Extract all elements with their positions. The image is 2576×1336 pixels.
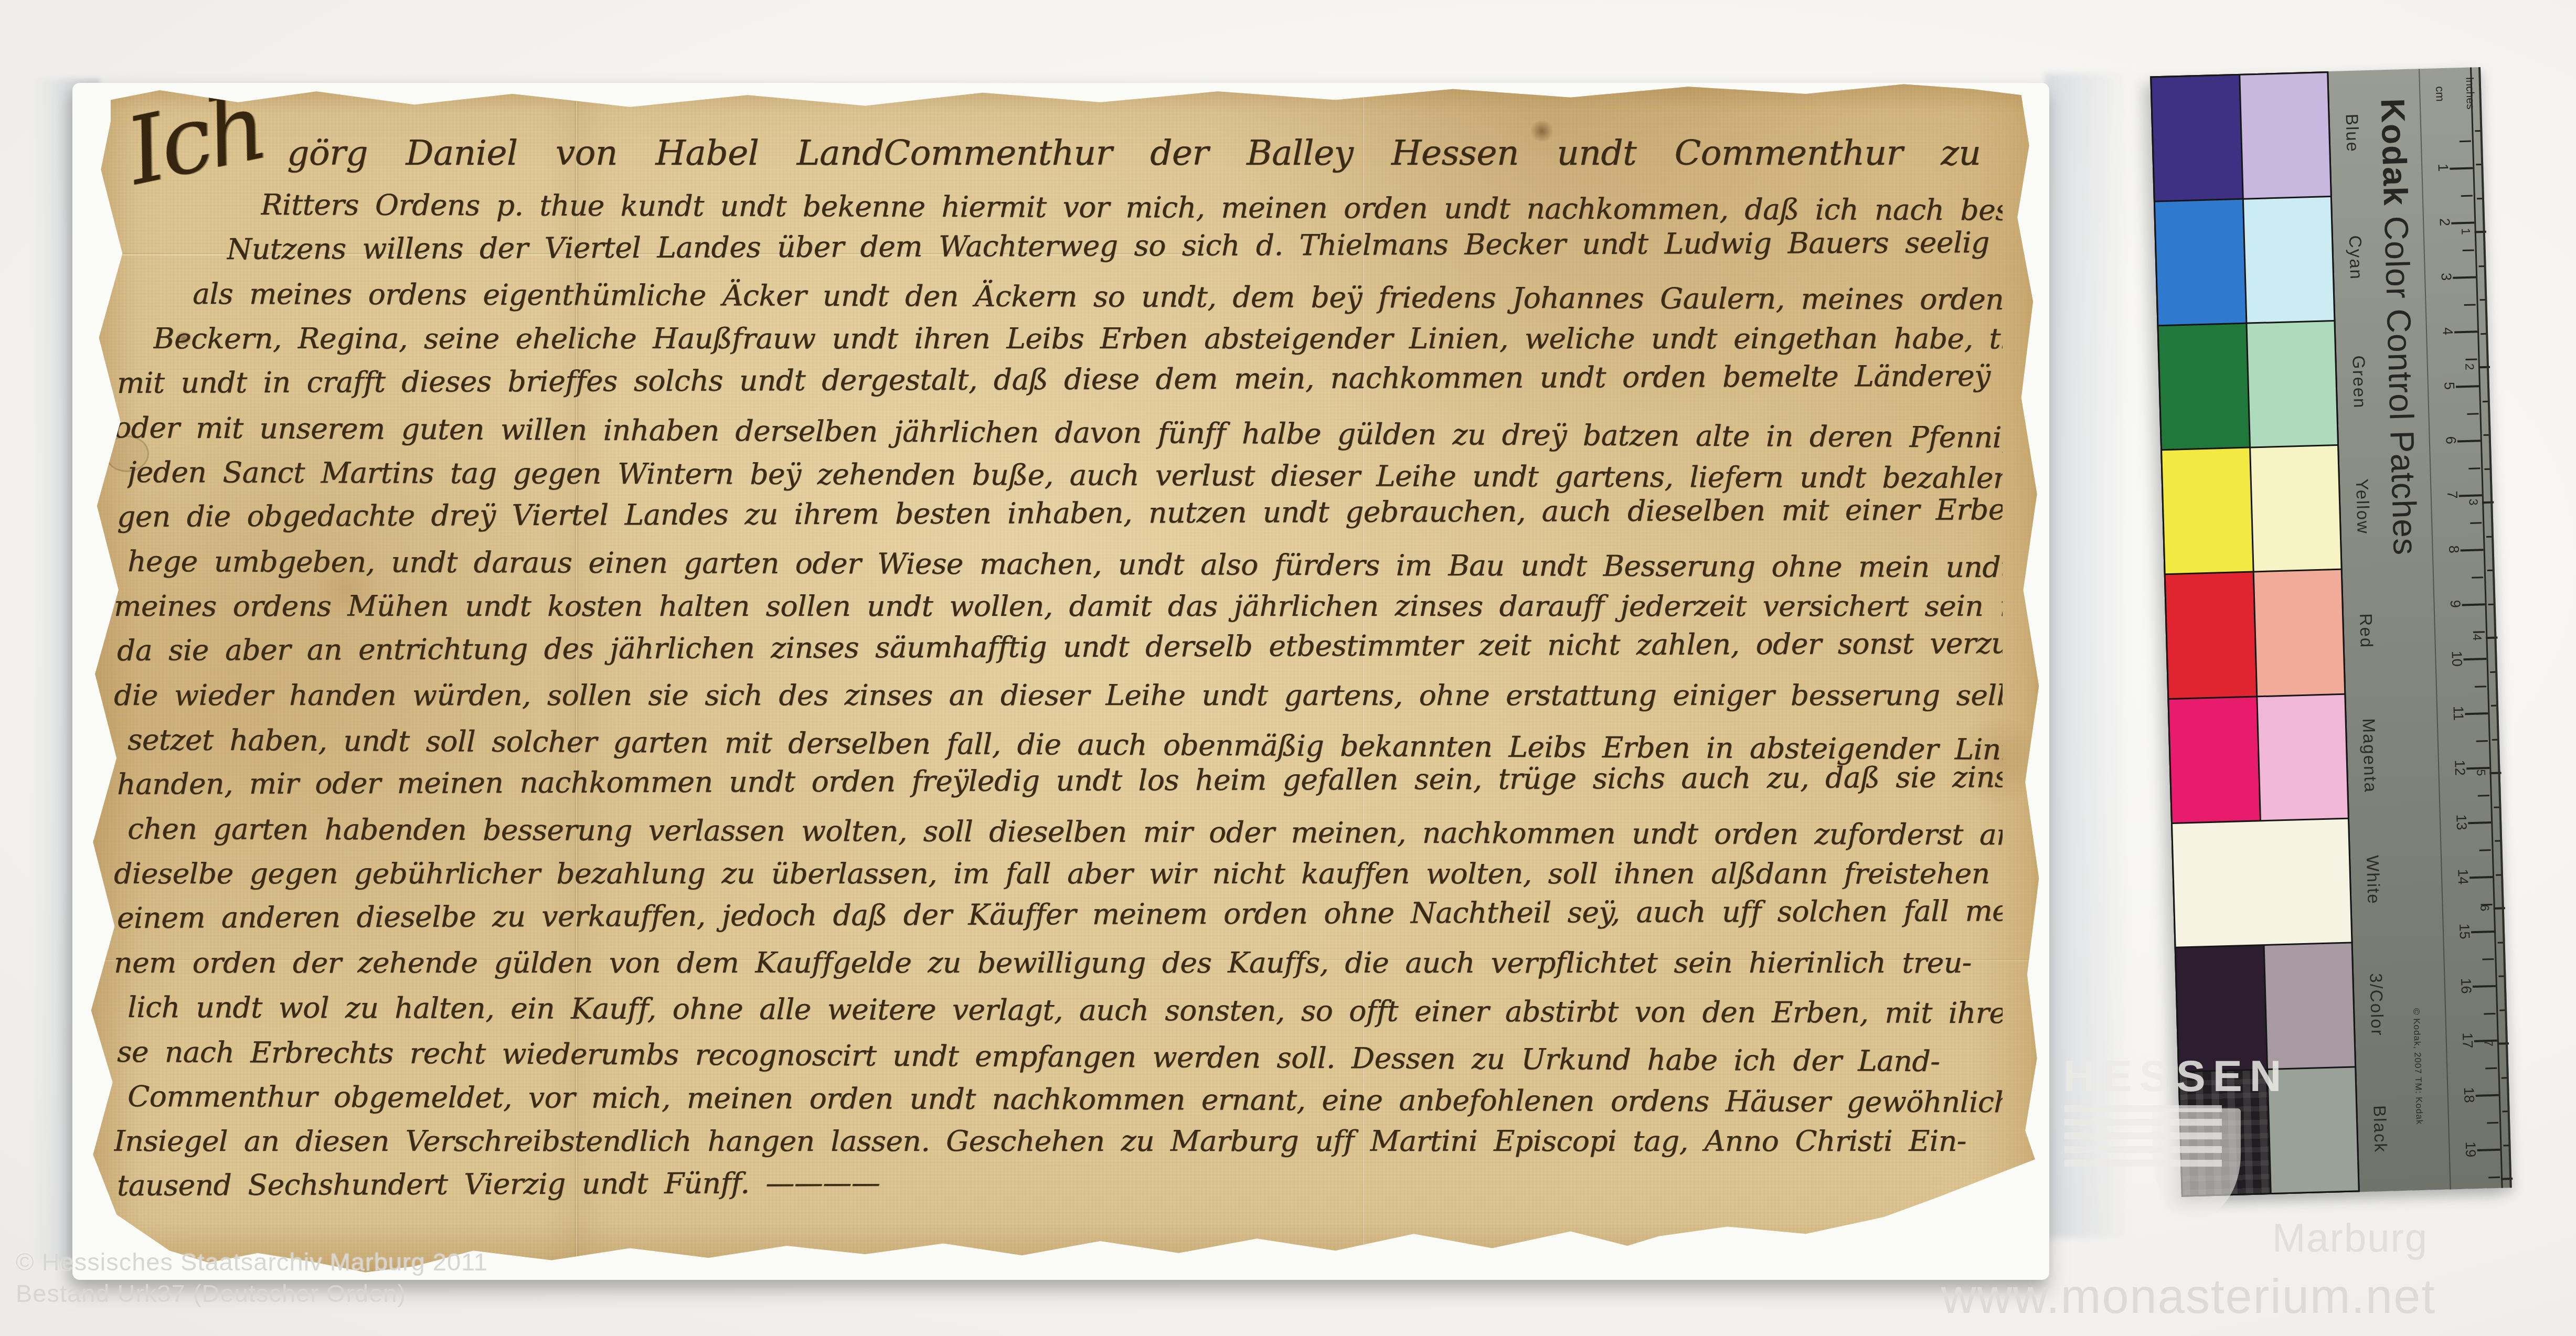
inch-number: 1: [2457, 215, 2474, 249]
patch-label-cyan: Cyan: [2337, 195, 2375, 320]
patch-label-black: Black: [2361, 1066, 2399, 1192]
manuscript-line-11: meines ordens Mühen undt kosten halten s…: [114, 584, 2003, 628]
cm-number: 10: [2444, 637, 2469, 680]
patch-label-white: White: [2355, 817, 2392, 943]
cm-number: 7: [2440, 474, 2465, 516]
paper-right-shadow: [2045, 73, 2132, 1238]
manuscript-line-12: da sie aber an entrichtung des jährliche…: [117, 621, 2003, 673]
manuscript-line-9: gen die obgedachte dreÿ Viertel Landes z…: [117, 487, 2003, 539]
kodak-title-rest: Color Control Patches: [2377, 206, 2424, 556]
patch-row-cyan: [2155, 197, 2334, 325]
color-patch-blue-tint: [2240, 73, 2330, 198]
manuscript-line-15: handen, mir oder meinen nachkommen undt …: [117, 755, 2003, 807]
color-patch-cyan-saturated: [2155, 200, 2245, 325]
inch-number: 7: [2480, 1026, 2497, 1060]
inch-number: 5: [2473, 755, 2489, 789]
patch-row-green: [2159, 322, 2337, 449]
patch-label-magenta: Magenta: [2351, 693, 2388, 818]
color-patch-cyan-tint: [2243, 197, 2334, 323]
inch-number: 6: [2476, 891, 2493, 925]
patch-row-3-color: [2176, 943, 2355, 1071]
manuscript-text-block: görg Daniel von Habel LandCommenthur der…: [114, 124, 2003, 1273]
color-patch-red-tint: [2254, 570, 2344, 696]
color-patch-magenta-tint: [2258, 694, 2348, 820]
cm-half-tick: [2488, 1177, 2500, 1179]
color-patch-3-color-saturated: [2176, 946, 2266, 1071]
manuscript-line-1: görg Daniel von Habel LandCommenthur der…: [287, 124, 2003, 183]
cm-half-tick: [2468, 467, 2480, 469]
patch-row-red: [2166, 570, 2344, 698]
manuscript-line-17: dieselbe gegen gebührlicher bezahlung zu…: [114, 851, 2003, 896]
ruler-cm-label: cm: [2433, 86, 2447, 102]
cm-number: 6: [2438, 419, 2463, 462]
manuscript-line-18: einem anderen dieselbe zu verkauffen, je…: [117, 889, 2003, 940]
cm-number: 15: [2452, 910, 2477, 953]
patch-row-blue: [2152, 73, 2330, 200]
cm-number: 18: [2456, 1074, 2482, 1116]
manuscript-line-3: Nutzens willens der Viertel Landes über …: [227, 220, 2003, 272]
scanned-charter-page: { "watermarks": { "archive_line1": "© He…: [0, 0, 2576, 1336]
color-patch-green-saturated: [2159, 324, 2249, 450]
cm-number: 8: [2441, 528, 2466, 571]
kodak-brand: Kodak: [2374, 98, 2415, 207]
inch-number: 2: [2461, 349, 2478, 383]
cm-half-tick: [2478, 795, 2489, 797]
cm-half-tick: [2487, 1122, 2498, 1124]
parchment-charter: Ich görg Daniel von Habel LandCommenthur…: [81, 73, 2041, 1275]
cm-number: 1: [2430, 146, 2455, 189]
cm-number: 16: [2453, 965, 2478, 1007]
patch-row-black: [2179, 1067, 2358, 1195]
patch-label-blue: Blue: [2334, 70, 2371, 196]
cm-half-tick: [2461, 195, 2473, 197]
color-patch-yellow-saturated: [2162, 448, 2252, 574]
cm-half-tick: [2464, 304, 2476, 306]
color-patch-red-saturated: [2166, 573, 2256, 698]
color-patch-magenta-saturated: [2169, 697, 2259, 822]
manuscript-line-6: mit undt in crafft dieses brieffes solch…: [117, 354, 2003, 405]
cm-half-tick: [2460, 141, 2471, 143]
color-patch-white: [2173, 819, 2351, 946]
ruler-inches-label: Inches: [2463, 77, 2477, 110]
patch-row-white: [2173, 819, 2351, 946]
patch-label-red: Red: [2348, 568, 2385, 693]
cm-half-tick: [2479, 849, 2491, 851]
inch-number: 3: [2465, 485, 2482, 519]
manuscript-line-22: Commenthur obgemeldet, vor mich, meinen …: [127, 1074, 2003, 1125]
cm-number: 12: [2447, 746, 2472, 789]
color-patch-black-saturated: [2179, 1070, 2270, 1195]
marburg-logo-text: Marburg: [2272, 1215, 2428, 1261]
cm-half-tick: [2485, 1067, 2497, 1070]
kodak-color-control-strip: BlueCyanGreenYellowRedMagentaWhite3/Colo…: [2150, 67, 2511, 1197]
manuscript-line-16: chen garten habenden besserung verlassen…: [127, 807, 2003, 857]
color-patch-green-tint: [2247, 322, 2337, 447]
cm-number: 3: [2433, 255, 2458, 298]
cm-half-tick: [2472, 576, 2483, 579]
inch-number: 4: [2468, 620, 2485, 654]
patch-label-green: Green: [2340, 319, 2378, 445]
cm-number: 9: [2442, 583, 2467, 625]
color-patch-blue-saturated: [2152, 76, 2242, 201]
archive-fonds-watermark: Bestand Urk37 (Deutscher Orden): [16, 1279, 406, 1308]
color-patch-black-tint: [2268, 1067, 2358, 1193]
cm-number: 17: [2455, 1019, 2480, 1062]
cm-number: 19: [2457, 1128, 2483, 1171]
cm-half-tick: [2482, 958, 2494, 960]
manuscript-line-20: lich undt wol zu halten, ein Kauff, ohne…: [127, 985, 2003, 1035]
color-patch-grid: [2150, 71, 2360, 1197]
cm-number: 14: [2450, 856, 2475, 898]
cm-half-tick: [2475, 686, 2486, 688]
manuscript-line-10: hege umbgeben, undt daraus einen garten …: [127, 539, 2003, 590]
patch-label-yellow: Yellow: [2344, 444, 2381, 569]
manuscript-line-4: als meines ordens eigenthümliche Äcker u…: [193, 272, 2003, 322]
manuscript-line-23: Insiegel an diesen Verschreibstendlich h…: [114, 1119, 2003, 1163]
patch-label-3-color: 3/Color: [2358, 942, 2396, 1067]
patch-row-magenta: [2169, 694, 2347, 822]
cm-number: 4: [2435, 310, 2460, 352]
cm-half-tick: [2476, 740, 2488, 742]
cm-number: 2: [2432, 201, 2457, 243]
cm-number: 11: [2445, 692, 2471, 734]
cm-number: 5: [2436, 365, 2462, 407]
cm-half-tick: [2470, 522, 2482, 524]
cm-number: 13: [2449, 801, 2474, 843]
cm-half-tick: [2467, 413, 2478, 415]
cm-half-tick: [2463, 249, 2474, 251]
patch-row-yellow: [2162, 446, 2340, 573]
color-patch-yellow-tint: [2251, 446, 2341, 571]
manuscript-line-24: tausend Sechshundert Vierzig undt Fünff.…: [117, 1156, 2003, 1208]
color-patch-3-color-tint: [2264, 943, 2355, 1068]
kodak-copyright: © Kodak, 2007 TM: Kodak: [2411, 1008, 2426, 1181]
manuscript-line-19: nem orden der zehende gülden von dem Kau…: [114, 940, 2003, 985]
manuscript-line-13: die wieder handen würden, sollen sie sic…: [114, 673, 2003, 718]
cm-half-tick: [2484, 1013, 2495, 1015]
